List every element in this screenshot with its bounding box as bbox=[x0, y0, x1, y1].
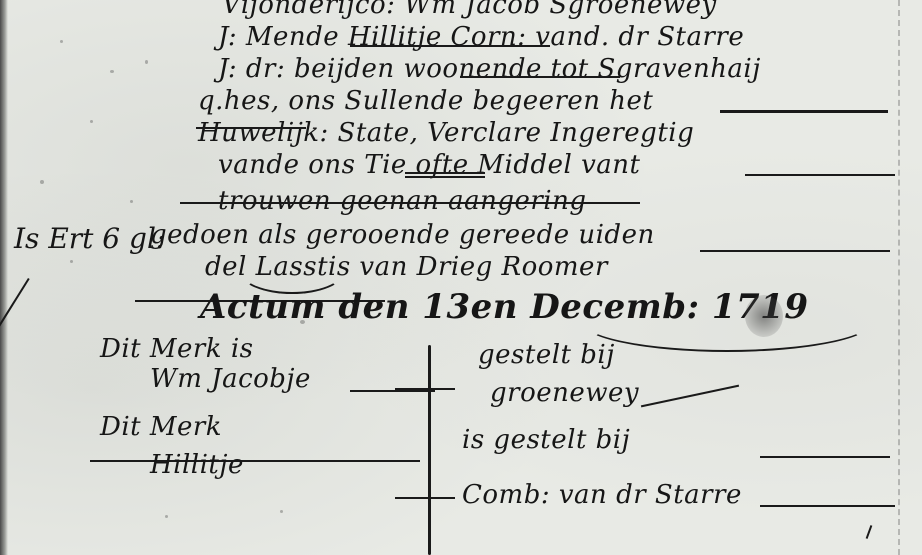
paper-speck bbox=[90, 120, 93, 123]
paper-speck bbox=[110, 70, 114, 73]
mark-line-bride-4: Comb: van dr Starre bbox=[462, 480, 742, 510]
underline-stroke bbox=[745, 174, 895, 176]
underline-stroke bbox=[641, 385, 739, 408]
date-swash-flourish bbox=[580, 290, 874, 352]
underline-flourish bbox=[240, 250, 344, 294]
right-margin-rule bbox=[898, 0, 900, 555]
underline-stroke bbox=[90, 460, 420, 462]
record-line-3: J: dr: beijden woonende tot Sgravenhaij bbox=[218, 54, 761, 84]
paper-speck bbox=[165, 515, 168, 518]
record-line-4: q.hes, ons Sullende begeeren het bbox=[198, 86, 653, 116]
underline-stroke bbox=[350, 45, 550, 47]
brace-cross-groom bbox=[395, 388, 455, 390]
paper-speck bbox=[145, 60, 148, 64]
mark-line-bride-1: Dit Merk bbox=[100, 412, 222, 442]
mark-line-groom-1: Dit Merk is bbox=[100, 334, 254, 364]
record-line-5: Huwelijk: State, Verclare Ingeregtig bbox=[198, 118, 694, 148]
small-tick-mark bbox=[866, 525, 873, 539]
record-line-1: Vijonderijco: Wm Jacob Sgroenewey bbox=[222, 0, 717, 20]
underline-stroke bbox=[760, 456, 890, 458]
underline-stroke bbox=[350, 390, 435, 392]
scanned-document-page: Vijonderijco: Wm Jacob Sgroenewey J: Men… bbox=[0, 0, 922, 555]
paper-speck bbox=[70, 260, 73, 263]
double-underline bbox=[405, 176, 485, 178]
mark-line-bride-3: is gestelt bij bbox=[462, 425, 630, 455]
margin-note-fee: Is Ert 6 gl: bbox=[14, 222, 165, 255]
underline-stroke bbox=[180, 202, 640, 204]
mark-line-bride-2: Hillitje bbox=[150, 450, 244, 480]
underline-stroke bbox=[700, 250, 890, 252]
record-line-8: gedoen als gerooende gereede uiden bbox=[150, 220, 655, 250]
mark-line-groom-4: groenewey bbox=[490, 378, 639, 408]
paper-speck bbox=[280, 510, 283, 513]
underline-stroke bbox=[760, 505, 895, 507]
mark-line-groom-3: gestelt bij bbox=[478, 340, 615, 370]
mark-line-groom-2: Wm Jacobje bbox=[150, 364, 311, 394]
paper-speck bbox=[40, 180, 44, 184]
paper-speck bbox=[130, 200, 133, 203]
record-line-7: trouwen geenan aangering bbox=[218, 186, 587, 216]
brace-cross-bride bbox=[395, 497, 455, 499]
double-underline bbox=[405, 172, 485, 174]
underline-stroke bbox=[720, 110, 888, 113]
record-line-2: J: Mende Hillitje Corn: vand. dr Starre bbox=[218, 22, 744, 52]
brace-groom bbox=[428, 345, 431, 455]
underline-stroke bbox=[196, 127, 306, 129]
page-binding-edge bbox=[0, 0, 8, 555]
paper-speck bbox=[60, 40, 63, 43]
underline-stroke bbox=[460, 76, 620, 78]
